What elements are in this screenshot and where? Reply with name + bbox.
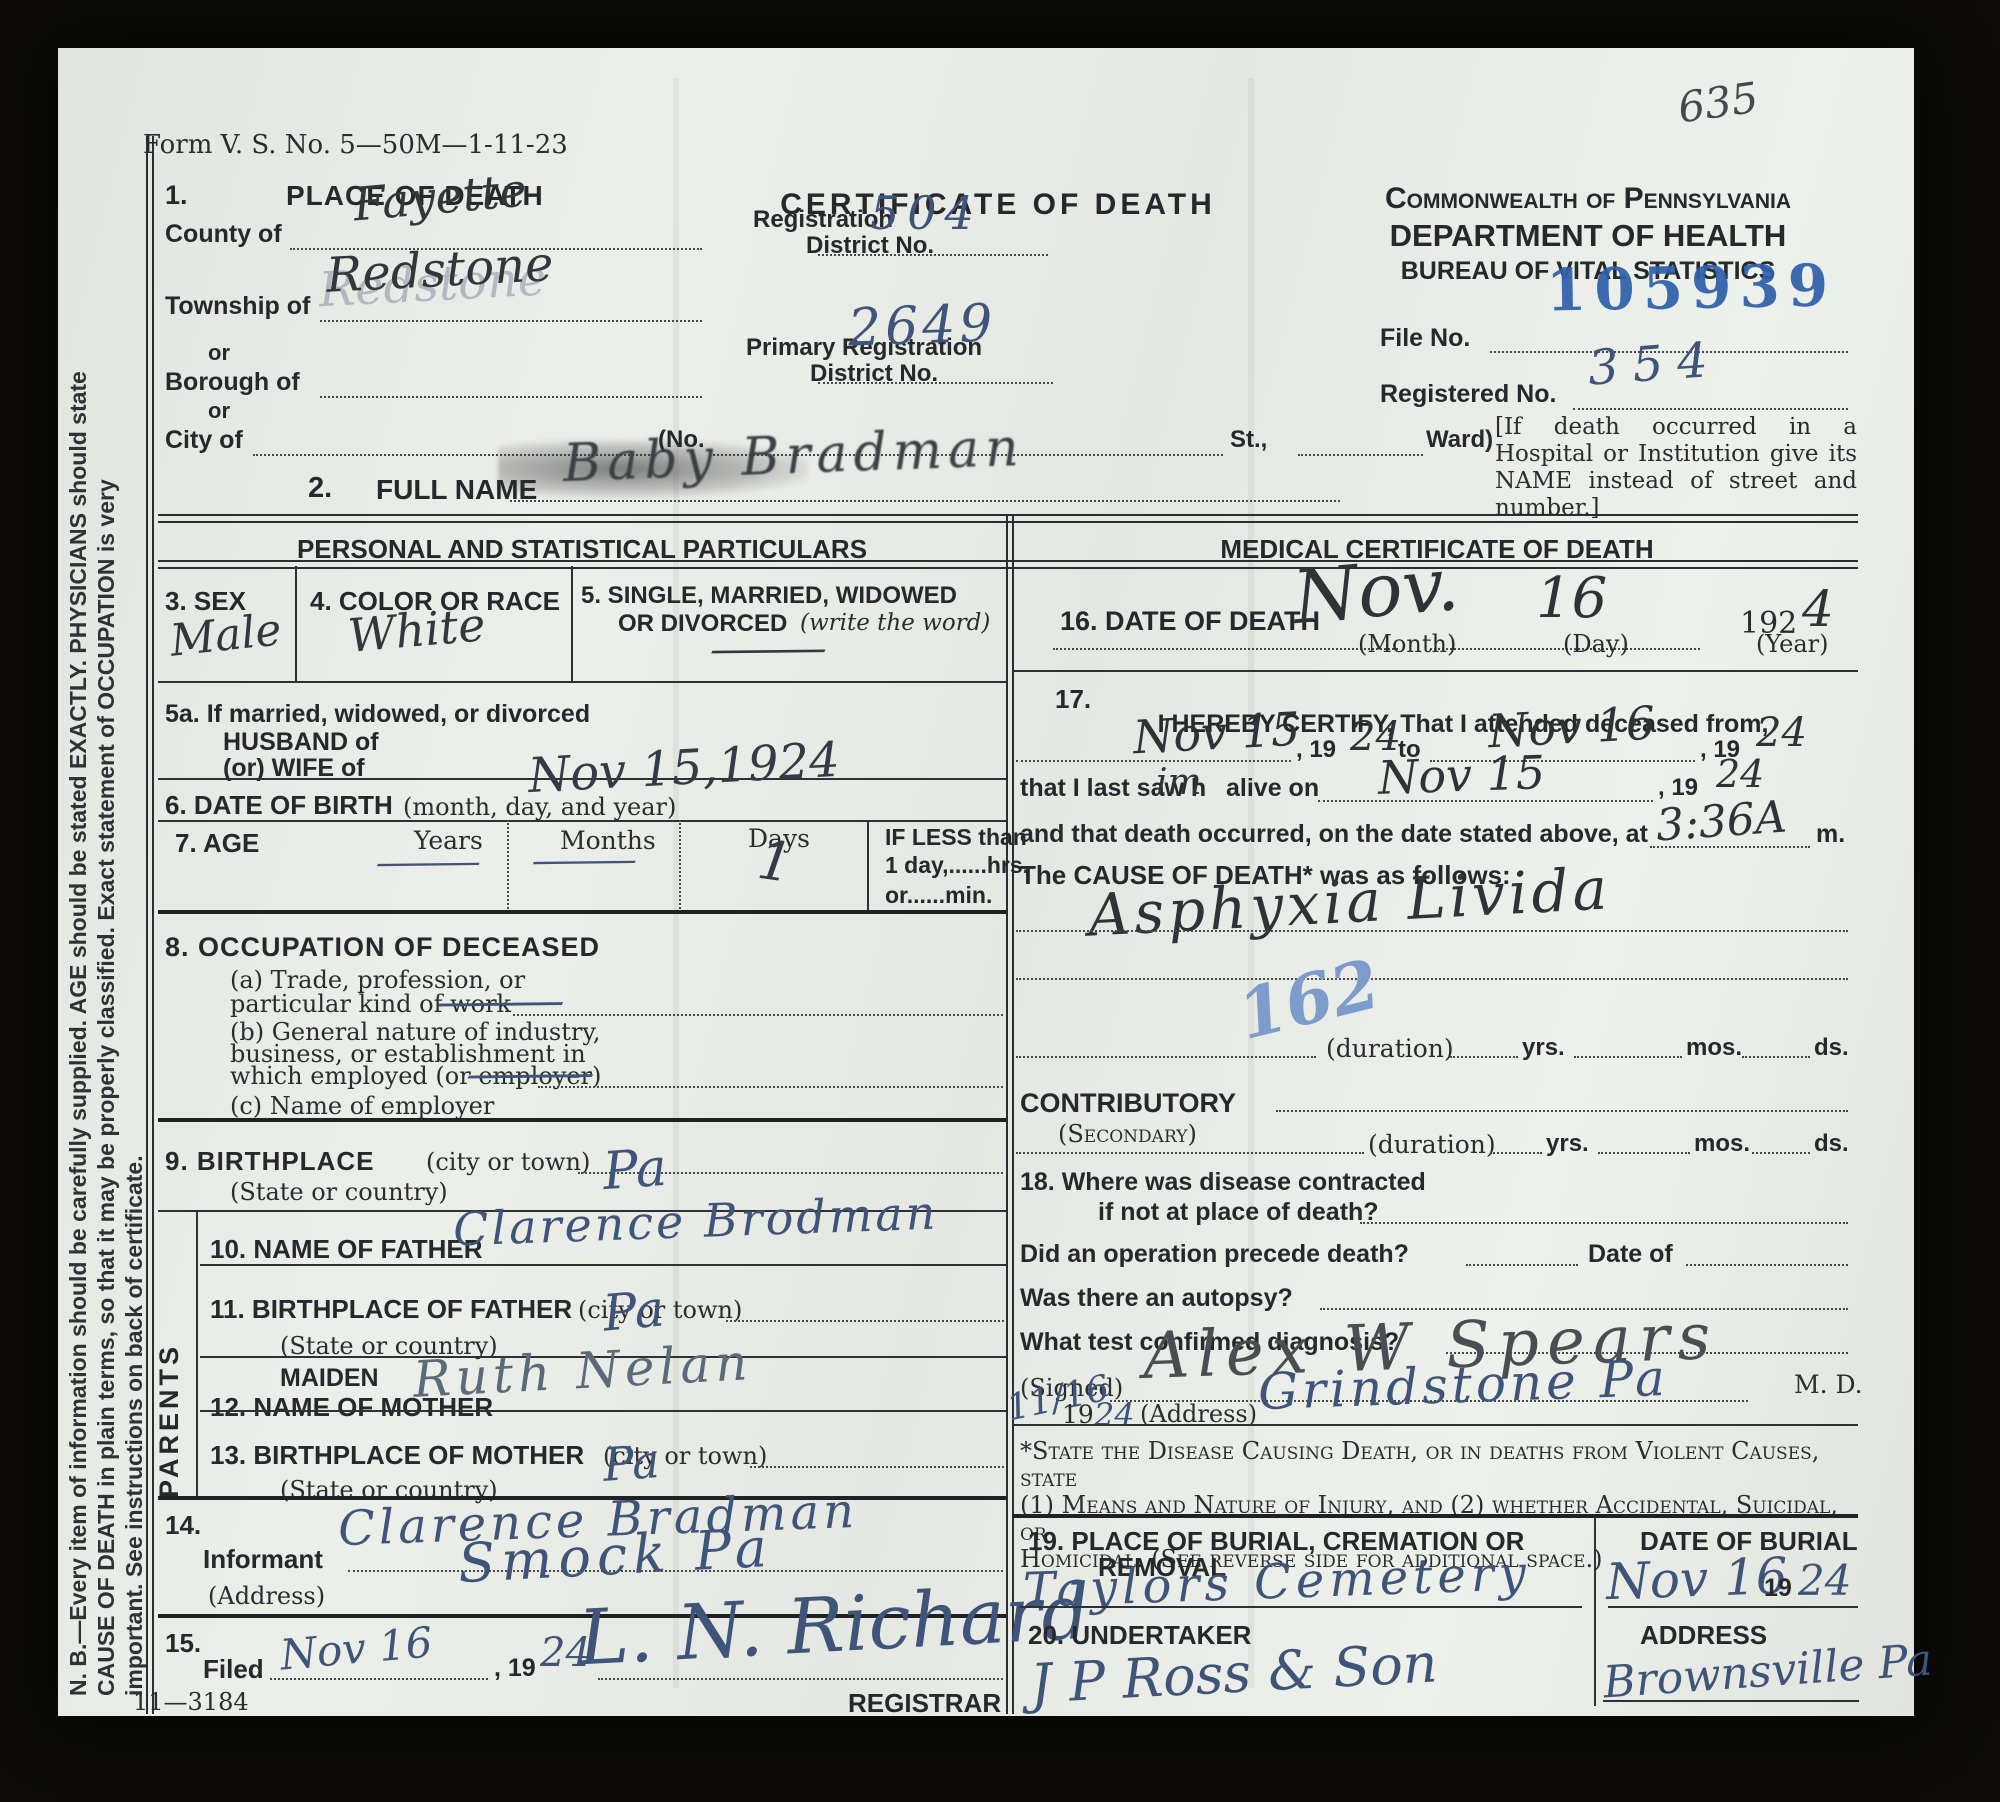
last-saw-date: Nov 15	[1377, 745, 1546, 805]
duration-dotline-lead	[1016, 1056, 1316, 1058]
agency-line2: DEPARTMENT OF HEALTH	[1288, 218, 1888, 254]
street-label: St.,	[1230, 426, 1267, 454]
last-saw-year: 24	[1716, 752, 1764, 796]
county-value: Fayette	[351, 163, 529, 232]
color-marital-divider	[571, 566, 573, 681]
fullname-line	[510, 500, 1340, 502]
maiden-label: MAIDEN	[280, 1364, 379, 1393]
disease-contracted-label1: 18. Where was disease contracted	[1020, 1168, 1426, 1197]
file-no-label: File No.	[1380, 324, 1470, 353]
age-label: 7. AGE	[175, 828, 259, 859]
margin-note-line3: important. See instructions on back of c…	[120, 136, 148, 1696]
parents-side-label: PARENTS	[154, 1268, 185, 1498]
contributory-label: CONTRIBUTORY	[1020, 1088, 1236, 1119]
if-less-label1: IF LESS than	[885, 824, 1027, 851]
form-code: 11—3184	[133, 1688, 249, 1716]
cause-dotline1	[1016, 930, 1848, 932]
dob-label: 6. DATE OF BIRTH	[165, 790, 393, 821]
operation-date-dotline	[1686, 1264, 1848, 1266]
duration2-mos-label: mos.	[1694, 1130, 1750, 1158]
birthplace-value: Pa	[601, 1138, 669, 1202]
informant-address-label: (Address)	[208, 1582, 325, 1610]
attended-to-year: 24	[1756, 710, 1807, 756]
dod-dotline1	[1053, 648, 1398, 650]
burial-divider	[1594, 1516, 1596, 1706]
county-label: County of	[165, 220, 282, 249]
death-certificate-sheet: N. B.—Every item of information should b…	[58, 48, 1914, 1716]
duration-yrs-label: yrs.	[1522, 1034, 1565, 1062]
filed-dotline1	[270, 1678, 488, 1680]
duration-ds-label: ds.	[1814, 1034, 1849, 1062]
registration-district-value: 504	[870, 186, 982, 240]
sex-row-line	[158, 681, 1006, 683]
registrar-label: REGISTRAR	[848, 1688, 1001, 1719]
agency-line1: Commonwealth of Pennsylvania	[1288, 182, 1888, 216]
page-number: 635	[1675, 73, 1761, 133]
occupation-label: 8. OCCUPATION OF DECEASED	[165, 932, 600, 963]
occupation-row-line	[158, 1118, 1006, 1122]
duration-ds-dotline	[1742, 1056, 1810, 1058]
if-less-label2: 1 day,......hrs.	[885, 852, 1029, 879]
age-box-top-line	[158, 820, 1006, 822]
form-number: Form V. S. No. 5—50M—1-11-23	[143, 130, 568, 160]
registered-no-label: Registered No.	[1380, 380, 1556, 409]
duration2-label: (duration)	[1368, 1130, 1496, 1159]
mother-birthplace-value: Pa	[601, 1434, 661, 1492]
duration2-mos-dotline	[1598, 1152, 1690, 1154]
fullname-number: 2.	[308, 472, 332, 505]
married-label1: 5a. If married, widowed, or divorced	[165, 700, 590, 729]
primary-registration-value: 2649	[847, 293, 997, 358]
md-label: M. D.	[1794, 1370, 1863, 1399]
father-row-line	[200, 1264, 1006, 1266]
township-value: Redstone	[325, 236, 555, 304]
attended-from-19: , 19	[1296, 736, 1336, 764]
operation-label: Did an operation precede death?	[1020, 1240, 1409, 1269]
month-sublabel: (Month)	[1358, 630, 1456, 658]
undertaker-address-line	[1603, 1700, 1859, 1702]
column-divider	[1006, 514, 1014, 1714]
duration2-yrs-dotline	[1490, 1152, 1542, 1154]
age-divider-1	[507, 820, 509, 912]
fullname-value: Baby Bradman	[562, 418, 1025, 494]
burial-top-rule	[1012, 1514, 1858, 1518]
township-line	[320, 320, 702, 322]
attended-from-dotline	[1016, 760, 1291, 762]
mother-birthplace-label: 13. BIRTHPLACE OF MOTHER	[210, 1440, 584, 1471]
hospital-note: [If death occurred in a Hospital or Inst…	[1495, 414, 1857, 522]
last-saw-him: im	[1156, 762, 1202, 803]
father-birthplace-dotline	[726, 1320, 1004, 1322]
age-days-value: 1	[754, 828, 797, 895]
marital-note: (write the word)	[800, 610, 990, 636]
margin-instructions: N. B.—Every item of information should b…	[64, 136, 148, 1696]
age-divider-2	[679, 820, 681, 912]
registered-no-line	[1573, 408, 1848, 410]
age-row-line	[158, 910, 1006, 914]
signed-year-value: 24	[1094, 1396, 1135, 1434]
filed-dotline2	[598, 1678, 1003, 1680]
section1-number: 1.	[165, 180, 188, 211]
last-saw-label2: alive on	[1226, 774, 1319, 803]
filed-number: 15.	[165, 1628, 201, 1659]
married-label2: HUSBAND of	[223, 728, 379, 757]
year-sublabel: (Year)	[1756, 630, 1828, 658]
parents-bracket-line	[196, 1210, 198, 1498]
death-occurred-label: and that death occurred, on the date sta…	[1020, 820, 1648, 849]
cause-dotline2	[1016, 978, 1848, 980]
or-label-1: or	[208, 340, 230, 366]
mother-birthplace-dotline	[750, 1466, 1004, 1468]
margin-note-line1: N. B.—Every item of information should b…	[64, 136, 92, 1696]
secondary-label: (Secondary)	[1058, 1120, 1197, 1148]
informant-number: 14.	[165, 1510, 201, 1541]
father-name-label: 10. NAME OF FATHER	[210, 1234, 483, 1265]
disease-contracted-label2: if not at place of death?	[1098, 1198, 1379, 1227]
township-label: Township of	[165, 292, 310, 321]
ward-label: Ward)	[1426, 426, 1493, 454]
filed-label: Filed	[203, 1654, 264, 1685]
father-birthplace-label: 11. BIRTHPLACE OF FATHER	[210, 1294, 572, 1325]
duration-label: (duration)	[1326, 1034, 1454, 1063]
signed-row-line	[1012, 1424, 1858, 1426]
borough-label: Borough of	[165, 368, 300, 397]
occupation-a-dotline	[513, 1014, 1003, 1016]
borough-line	[320, 396, 702, 398]
birthplace-state-note: (State or country)	[230, 1178, 448, 1206]
occupation-b-dotline	[538, 1086, 1003, 1088]
scan-background: N. B.—Every item of information should b…	[0, 0, 2000, 1802]
marital-value: —	[704, 625, 833, 672]
or-label-2: or	[208, 398, 230, 424]
burial-date-line	[1608, 1606, 1858, 1608]
birthplace-city-note: (city or town)	[426, 1148, 590, 1176]
duration2-ds-label: ds.	[1814, 1130, 1849, 1158]
dod-row-line	[1012, 670, 1858, 672]
duration2-ds-dotline	[1752, 1152, 1810, 1154]
city-label: City of	[165, 426, 243, 455]
registered-no-value: 354	[1586, 331, 1723, 396]
disease-contracted-dotline	[1360, 1222, 1848, 1224]
duration2-dotline-lead	[1016, 1152, 1364, 1154]
if-less-label3: or......min.	[885, 882, 992, 909]
burial-year-value: 24	[1798, 1556, 1851, 1605]
m-label: m.	[1816, 820, 1845, 849]
occupation-c-label: (c) Name of employer	[230, 1092, 494, 1120]
marital-label-line1: 5. SINGLE, MARRIED, WIDOWED	[581, 582, 957, 610]
age-divider-3	[867, 820, 869, 912]
burial-19-printed: 19	[1764, 1574, 1792, 1603]
duration-mos-label: mos.	[1686, 1034, 1742, 1062]
duration2-yrs-label: yrs.	[1546, 1130, 1589, 1158]
burial-place-line	[1020, 1606, 1582, 1608]
attended-from-date: Nov 15	[1132, 702, 1302, 765]
date-of-death-label: 16. DATE OF DEATH	[1060, 606, 1320, 637]
birthplace-label: 9. BIRTHPLACE	[165, 1146, 374, 1177]
father-birthplace-value: Pa	[601, 1279, 667, 1342]
death-month-value: Nov.	[1290, 541, 1463, 641]
dob-value: Nov 15,1924	[527, 732, 841, 804]
margin-note-line2: CAUSE OF DEATH in plain terms, so that i…	[92, 136, 120, 1696]
filed-date-value: Nov 16	[278, 1617, 434, 1679]
registration-line	[818, 254, 1048, 256]
margin-rule	[146, 136, 154, 1714]
informant-label: Informant	[203, 1544, 323, 1575]
sex-value: Male	[168, 604, 284, 666]
day-sublabel: (Day)	[1563, 630, 1629, 658]
autopsy-label: Was there an autopsy?	[1020, 1284, 1293, 1313]
operation-dotline	[1466, 1264, 1578, 1266]
filed-19-printed: , 19	[494, 1654, 536, 1683]
operation-date-of-label: Date of	[1588, 1240, 1673, 1269]
duration-yrs-dotline	[1450, 1056, 1518, 1058]
sex-color-divider	[295, 566, 297, 681]
contributory-dotline	[1276, 1110, 1848, 1112]
age-months-value: —	[526, 839, 642, 881]
burial-date-value: Nov 16	[1605, 1547, 1789, 1611]
mother-row-line	[200, 1410, 1006, 1412]
ward-line	[1298, 454, 1423, 456]
death-day-value: 16	[1536, 566, 1607, 631]
color-race-value: White	[346, 597, 488, 663]
primary-registration-line	[818, 382, 1053, 384]
death-time-value: 3:36A	[1654, 792, 1788, 852]
father-name-value: Clarence Brodman	[452, 1186, 939, 1257]
footnote-line1: *State the Disease Causing Death, or in …	[1020, 1438, 1853, 1492]
age-years-value: —	[370, 841, 486, 883]
file-number-stamp: 105939	[1545, 251, 1836, 324]
duration-mos-dotline	[1574, 1056, 1682, 1058]
